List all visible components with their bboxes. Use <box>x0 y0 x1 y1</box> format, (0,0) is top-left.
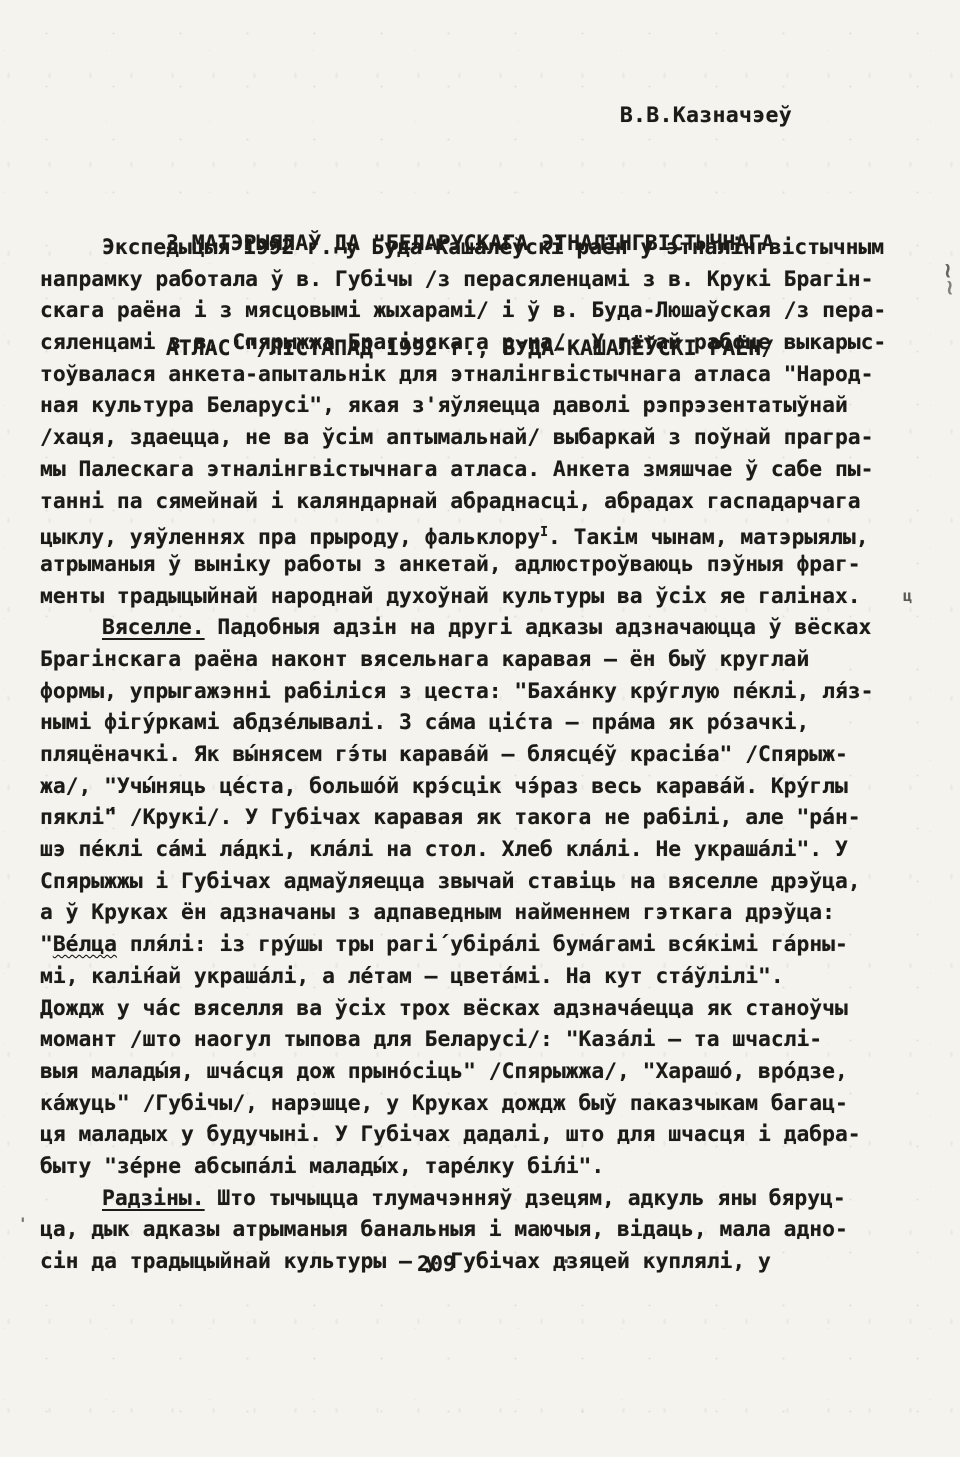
text-line: "Ве́лца пля́лі: із гру́шы тры рагі́ убір… <box>40 929 930 961</box>
text-line: атрыманыя ў выніку работы з анкетай, адл… <box>40 549 930 581</box>
scan-artifact: ц <box>903 587 912 605</box>
text-segment: жа/, "Учы́няць це́ста, большо́й крэ́сцік… <box>40 774 848 799</box>
text-segment: шэ пе́клі са́мі ла́дкі, кла́лі на стол. … <box>40 837 848 862</box>
text-body: Экспедыцыя 1992 г. у Буда-Кашалёўскі раё… <box>40 232 930 1278</box>
text-segment: скага раёна і з мясцовымі жыхарамі/ і ў … <box>40 298 886 323</box>
text-line: жа/, "Учы́няць це́ста, большо́й крэ́сцік… <box>40 771 930 803</box>
text-segment: цыклу, уяўленнях пра прыроду, фальклору <box>40 525 540 550</box>
text-segment: Дождж у ча́с вяселля ва ўсіх трох вёсках… <box>40 996 848 1021</box>
text-line: формы, упрыгажэнні рабіліся з цеста: "Ба… <box>40 676 930 708</box>
text-segment: Падобныя адзін на другі адказы адзначаюц… <box>205 615 872 640</box>
text-segment: пяклі́" /Крукі/. У Губічах каравая як та… <box>40 805 861 830</box>
text-segment: выя малады́я, шча́сця дож прыно́сіць" /С… <box>40 1059 848 1084</box>
text-line: сін да традыцыйнай культуры — у Губічах … <box>40 1246 930 1278</box>
text-segment: Экспедыцыя 1992 г. у Буда-Кашалёўскі раё… <box>102 235 884 260</box>
text-line: цыклу, уяўленнях пра прыроду, фальклоруI… <box>40 517 930 549</box>
text-segment: а ў Круках ён адзначаны з адпаведным най… <box>40 900 835 925</box>
text-segment: /хаця, здаецца, не ва ўсім аптымальнай/ … <box>40 425 873 450</box>
text-line: сяленцамі з в. Спярыжжа Брагінскага р-на… <box>40 327 930 359</box>
text-segment: сяленцамі з в. Спярыжжа Брагінскага р-на… <box>40 330 886 355</box>
text-line: мы Палескага этналінгвістычнага атласа. … <box>40 454 930 486</box>
text-line: шэ пе́клі са́мі ла́дкі, кла́лі на стол. … <box>40 834 930 866</box>
text-segment: мі, калі́най украша́лі, а ле́там — цвета… <box>40 964 784 989</box>
text-line: /хаця, здаецца, не ва ўсім аптымальнай/ … <box>40 422 930 454</box>
text-segment: быту "зе́рне абсыпа́лі малады́х, таре́лк… <box>40 1154 604 1179</box>
text-line: пяклі́" /Крукі/. У Губічах каравая як та… <box>40 802 930 834</box>
text-segment: пляцёначкі. Як вы́нясем гэ́ты карава́й —… <box>40 742 848 767</box>
text-line: ця маладых у будучыні. У Губічах дадалі,… <box>40 1119 930 1151</box>
text-line: напрамку работала ў в. Губічы /з перасял… <box>40 264 930 296</box>
text-line: пляцёначкі. Як вы́нясем гэ́ты карава́й —… <box>40 739 930 771</box>
text-line: Спярыжжы і Губічах адмаўляецца звычай ст… <box>40 866 930 898</box>
text-segment: Брагінскага раёна наконт вясельнага кара… <box>40 647 809 672</box>
text-segment: . Такім чынам, матэрыялы, <box>548 525 869 550</box>
text-line: менты традыцыйнай народнай духоўнай куль… <box>40 581 930 613</box>
text-line: ца, дык адказы атрыманыя банальныя і маю… <box>40 1214 930 1246</box>
text-line: скага раёна і з мясцовымі жыхарамі/ і ў … <box>40 295 930 327</box>
wavy-underlined-term: Ве́лца <box>53 932 117 957</box>
underlined-term: Радзіны. <box>102 1186 205 1211</box>
text-segment: ная культура Беларусі", якая з'яўляецца … <box>40 393 848 418</box>
text-segment: ця маладых у будучыні. У Губічах дадалі,… <box>40 1122 861 1147</box>
text-line: момант /што наогул тыпова для Беларусі/:… <box>40 1024 930 1056</box>
text-segment: ца, дык адказы атрыманыя банальныя і маю… <box>40 1217 848 1242</box>
text-segment: момант /што наогул тыпова для Беларусі/:… <box>40 1027 822 1052</box>
scan-artifact: ≀ <box>946 275 954 299</box>
text-segment: пля́лі: із гру́шы тры рагі́ убіра́лі бум… <box>117 932 848 957</box>
text-segment: менты традыцыйнай народнай духоўнай куль… <box>40 584 861 609</box>
text-line: мі, калі́най украша́лі, а ле́там — цвета… <box>40 961 930 993</box>
scan-artifact: ' <box>18 1214 28 1233</box>
page-number: 209 <box>417 1252 456 1277</box>
text-segment: нымі фігу́ркамі абдзе́лывалі. З са́ма ці… <box>40 710 809 735</box>
text-line: ная культура Беларусі", якая з'яўляецца … <box>40 390 930 422</box>
text-line: Радзіны. Што тычыцца тлумачэнняў дзецям,… <box>40 1183 930 1215</box>
text-segment: формы, упрыгажэнні рабіліся з цеста: "Ба… <box>40 679 873 704</box>
text-segment: сін да традыцыйнай культуры — у Губічах … <box>40 1249 771 1274</box>
text-line: Вяселле. Падобныя адзін на другі адказы … <box>40 612 930 644</box>
text-line: выя малады́я, шча́сця дож прыно́сіць" /С… <box>40 1056 930 1088</box>
text-segment: напрамку работала ў в. Губічы /з перасял… <box>40 267 873 292</box>
underlined-term: Вяселле. <box>102 615 205 640</box>
text-line: а ў Круках ён адзначаны з адпаведным най… <box>40 897 930 929</box>
text-line: Дождж у ча́с вяселля ва ўсіх трох вёсках… <box>40 993 930 1025</box>
footnote-marker: I <box>540 525 548 540</box>
text-line: быту "зе́рне абсыпа́лі малады́х, таре́лк… <box>40 1151 930 1183</box>
text-line: Экспедыцыя 1992 г. у Буда-Кашалёўскі раё… <box>40 232 930 264</box>
author-name: В.В.Казначэеў <box>620 103 792 128</box>
text-segment: тоўвалася анкета-апытальнік для этналінг… <box>40 362 873 387</box>
text-segment: танні па сямейнай і каляндарнай абраднас… <box>40 489 861 514</box>
text-line: тоўвалася анкета-апытальнік для этналінг… <box>40 359 930 391</box>
text-segment: ка́жуць" /Губічы/, нарэшце, у Круках дож… <box>40 1091 848 1116</box>
text-segment: " <box>40 932 53 957</box>
scanned-page: В.В.Казначэеў З МАТЭРЫЯЛАЎ ДА "БЕЛАРУСКА… <box>0 0 960 1457</box>
text-segment: Што тычыцца тлумачэнняў дзецям, адкуль я… <box>205 1186 846 1211</box>
text-line: танні па сямейнай і каляндарнай абраднас… <box>40 486 930 518</box>
text-segment: Спярыжжы і Губічах адмаўляецца звычай ст… <box>40 869 861 894</box>
text-line: ка́жуць" /Губічы/, нарэшце, у Круках дож… <box>40 1088 930 1120</box>
text-line: нымі фігу́ркамі абдзе́лывалі. З са́ма ці… <box>40 707 930 739</box>
text-line: Брагінскага раёна наконт вясельнага кара… <box>40 644 930 676</box>
text-segment: мы Палескага этналінгвістычнага атласа. … <box>40 457 873 482</box>
scan-artifact: . <box>560 1244 572 1268</box>
text-segment: атрыманыя ў выніку работы з анкетай, адл… <box>40 552 861 577</box>
